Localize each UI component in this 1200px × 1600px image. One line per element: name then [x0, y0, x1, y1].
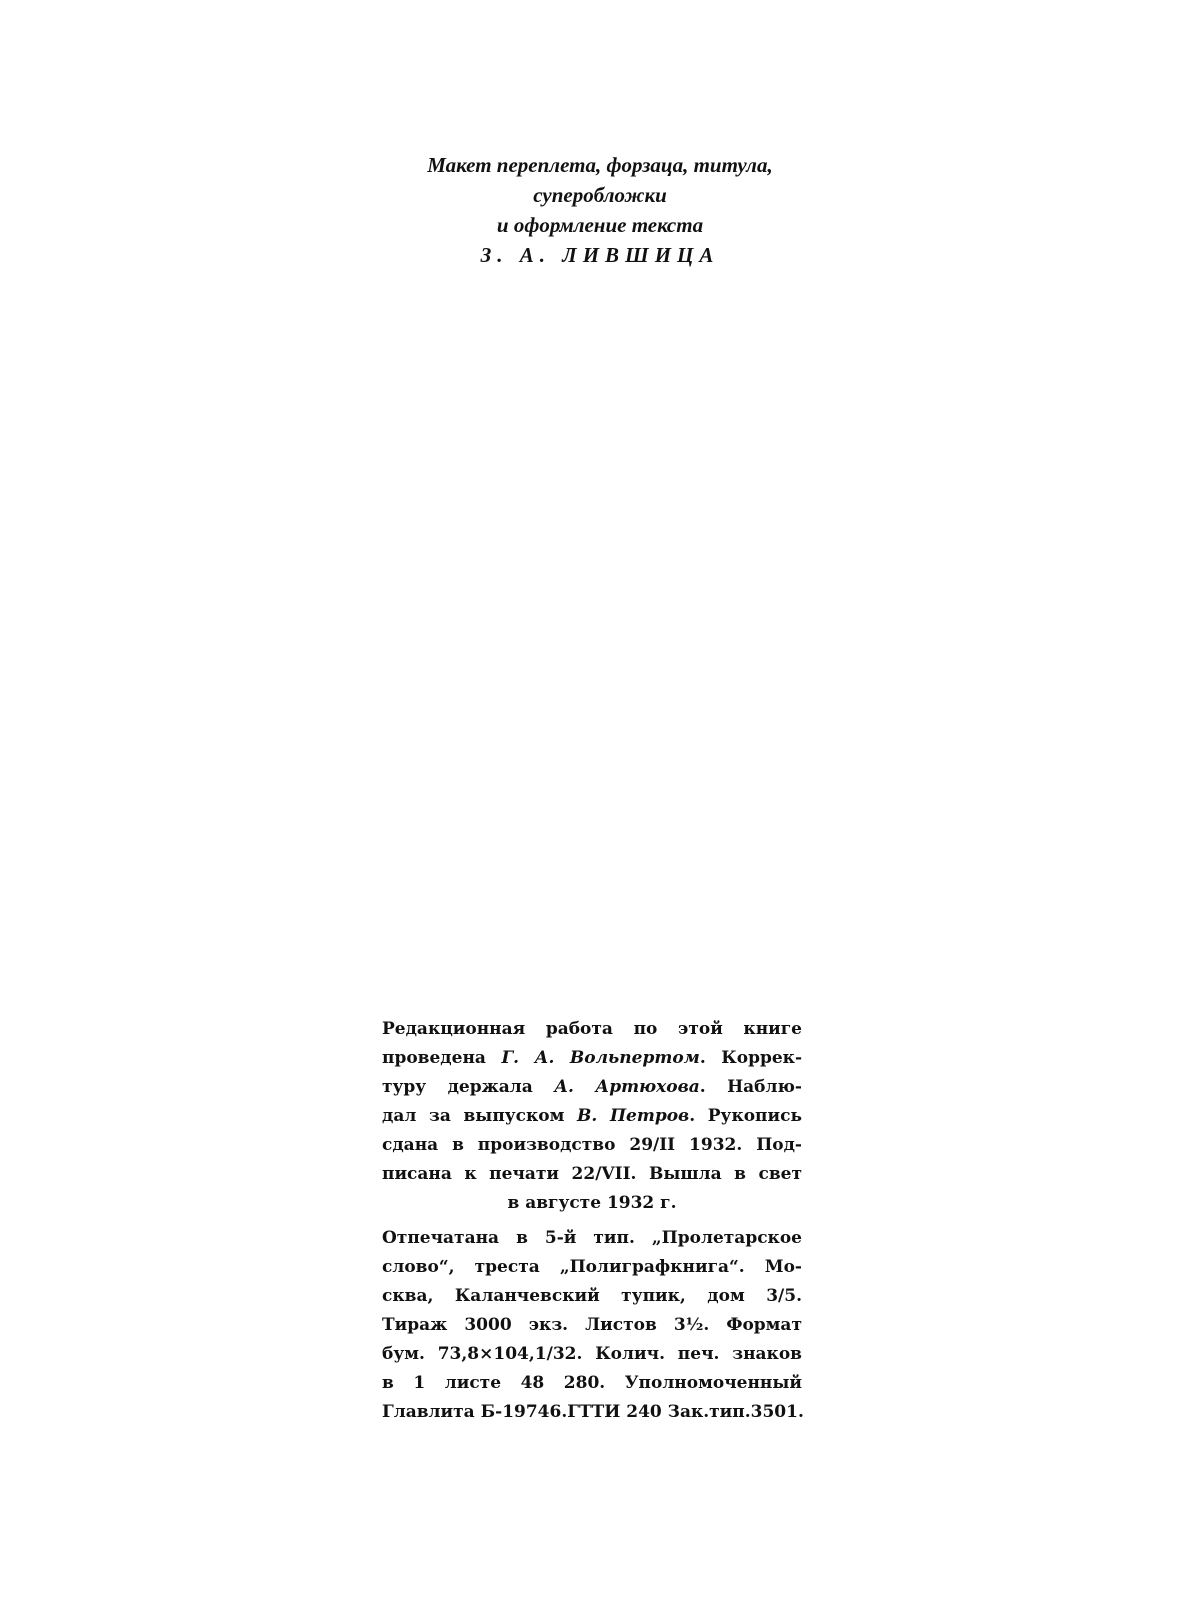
text-line: дал за выпуском В. Петров. Рукопись: [382, 1102, 802, 1131]
design-credits: Макет переплета, форзаца, титула, суперо…: [370, 150, 830, 270]
text-line: сква, Каланчевский тупик, дом 3/5.: [382, 1282, 802, 1311]
text-run: дал за выпуском: [382, 1106, 577, 1126]
text-line: Отпечатана в 5-й тип. „Пролетарское: [382, 1224, 802, 1253]
text-run: . Наблю-: [700, 1077, 802, 1097]
text-run: бум. 73,8×104,1/32. Колич. печ. знаков: [382, 1344, 802, 1364]
text-run: проведена: [382, 1048, 501, 1068]
designer-name: З. А. ЛИВШИЦА: [370, 240, 830, 270]
text-line: в августе 1932 г.: [382, 1189, 802, 1218]
text-line: проведена Г. А. Вольпертом. Коррек-: [382, 1044, 802, 1073]
text-line: писана к печати 22/VII. Вышла в свет: [382, 1160, 802, 1189]
colophon: Редакционная работа по этой книгепроведе…: [382, 1015, 802, 1427]
text-run: сква, Каланчевский тупик, дом 3/5.: [382, 1286, 802, 1306]
editorial-paragraph: Редакционная работа по этой книгепроведе…: [382, 1015, 802, 1218]
text-run: . Коррек-: [700, 1048, 802, 1068]
text-line: Тираж 3000 экз. Листов 3½. Формат: [382, 1311, 802, 1340]
text-line: слово“, треста „Полиграфкнига“. Мо-: [382, 1253, 802, 1282]
person-name: В. Петров: [577, 1106, 689, 1126]
person-name: А. Артюхова: [554, 1077, 700, 1097]
text-line: в 1 листе 48 280. Уполномоченный: [382, 1369, 802, 1398]
text-run: писана к печати 22/VII. Вышла в свет: [382, 1164, 802, 1184]
text-run: в августе 1932 г.: [507, 1193, 676, 1213]
text-run: Тираж 3000 экз. Листов 3½. Формат: [382, 1315, 802, 1335]
credits-line: Макет переплета, форзаца, титула,: [370, 150, 830, 180]
text-run: Отпечатана в 5-й тип. „Пролетарское: [382, 1228, 802, 1248]
text-run: сдана в производство 29/II 1932. Под-: [382, 1135, 802, 1155]
text-line: Главлита Б-19746.ГТТИ 240 Зак.тип.3501.: [382, 1398, 802, 1427]
person-name: Г. А. Вольпертом: [501, 1048, 699, 1068]
printing-paragraph: Отпечатана в 5-й тип. „Пролетарскоеслово…: [382, 1224, 802, 1427]
text-line: Редакционная работа по этой книге: [382, 1015, 802, 1044]
credits-line: суперобложки: [370, 180, 830, 210]
text-line: туру держала А. Артюхова. Наблю-: [382, 1073, 802, 1102]
text-run: слово“, треста „Полиграфкнига“. Мо-: [382, 1257, 802, 1277]
text-run: туру держала: [382, 1077, 554, 1097]
text-run: . Рукопись: [689, 1106, 802, 1126]
text-run: в 1 листе 48 280. Уполномоченный: [382, 1373, 802, 1393]
text-line: бум. 73,8×104,1/32. Колич. печ. знаков: [382, 1340, 802, 1369]
text-run: Главлита Б-19746.ГТТИ 240 Зак.тип.3501.: [382, 1402, 804, 1422]
text-line: сдана в производство 29/II 1932. Под-: [382, 1131, 802, 1160]
credits-line: и оформление текста: [370, 210, 830, 240]
text-run: Редакционная работа по этой книге: [382, 1019, 802, 1039]
